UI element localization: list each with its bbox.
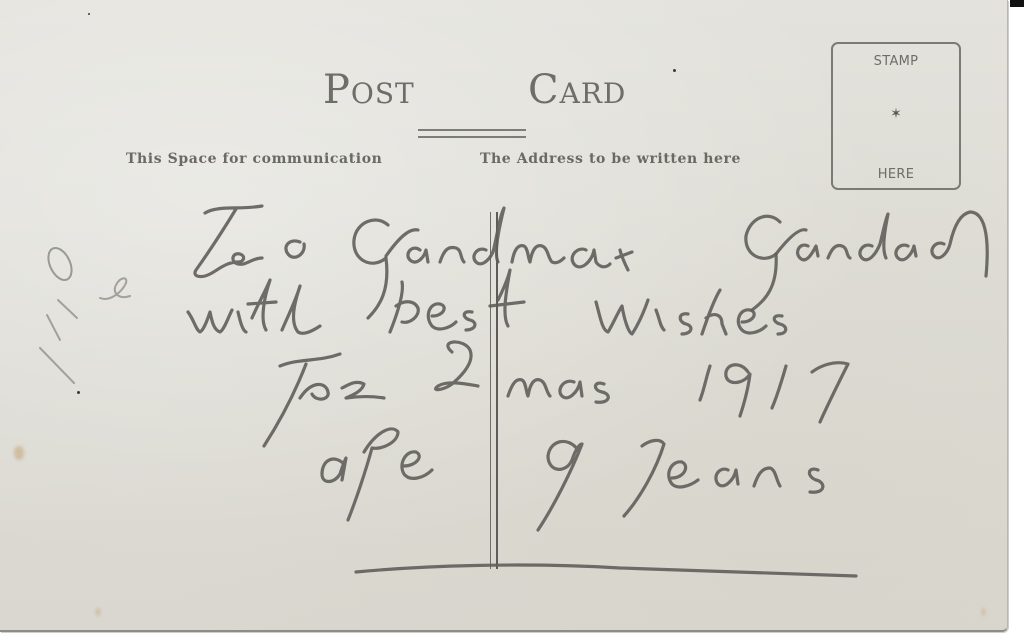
underline-stroke: [356, 565, 856, 576]
scan-corner-mark: [1010, 0, 1024, 7]
line4-strokes: [322, 429, 823, 530]
margin-note-strokes: [40, 244, 130, 383]
line1-strokes: [195, 206, 987, 318]
line2-strokes: [188, 270, 786, 334]
handwritten-message-strokes: [0, 0, 1007, 630]
postcard-back: Post Card This Space for communication T…: [0, 0, 1008, 632]
line3-strokes: [264, 342, 848, 446]
